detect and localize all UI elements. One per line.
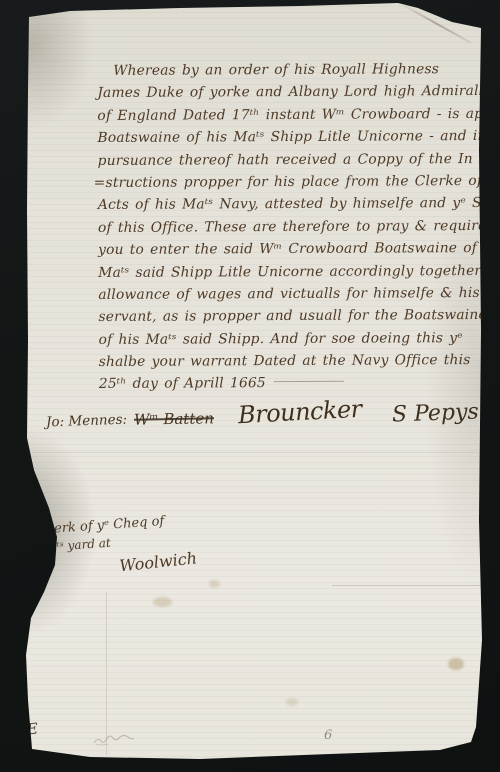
signature-s-pepys: S Pepys bbox=[392, 399, 480, 427]
address-block: the Clerk of yᵉ Cheq of his Maᵗˢ yard at… bbox=[14, 512, 197, 581]
body-line: shalbe your warrant Dated at the Navy Of… bbox=[99, 349, 475, 373]
signature-jo-mennes: Jo: Mennes: bbox=[46, 412, 128, 431]
body-line: allowance of wages and victualls for him… bbox=[98, 282, 474, 306]
body-line: of this Office. These are therefore to p… bbox=[98, 215, 474, 239]
warrant-body: Whereas by an order of his Royall Highne… bbox=[97, 58, 475, 396]
body-line: Whereas by an order of his Royall Highne… bbox=[97, 58, 473, 82]
stain-spot bbox=[209, 580, 220, 588]
body-line: servant, as is propper and usuall for th… bbox=[98, 304, 474, 328]
pencil-mark-6: 6 bbox=[324, 728, 332, 743]
fold-crease-top-right bbox=[401, 3, 472, 44]
body-line: Boatswaine of his Maᵗˢ Shipp Litle Unico… bbox=[97, 125, 473, 149]
stain-spot bbox=[286, 698, 298, 706]
body-line: 25ᵗʰ day of Aprill 1665 bbox=[99, 371, 475, 395]
signature-wm-batten-struck: Wᵐ Batten bbox=[134, 409, 214, 428]
body-line: =structions propper for his place from t… bbox=[94, 170, 474, 194]
fold-crease-horizontal bbox=[332, 585, 482, 586]
signature-brouncker: Brouncker bbox=[237, 395, 362, 429]
body-line: Maᵗˢ said Shipp Litle Unicorne according… bbox=[98, 260, 474, 284]
body-line: of England Dated 17ᵗʰ instant Wᵐ Crowboa… bbox=[97, 103, 473, 127]
body-line: you to enter the said Wᵐ Crowboard Boats… bbox=[98, 237, 474, 261]
body-line: of his Maᵗˢ said Shipp. And for soe doei… bbox=[99, 327, 475, 351]
photograph-background: Whereas by an order of his Royall Highne… bbox=[0, 0, 500, 772]
ink-mark-e: E bbox=[26, 719, 39, 738]
body-line: pursuance thereof hath received a Coppy … bbox=[98, 148, 474, 172]
address-place: Woolwich bbox=[118, 548, 197, 575]
stain-spot bbox=[448, 658, 464, 670]
body-line: Acts of his Maᵗˢ Navy, attested by himse… bbox=[98, 192, 474, 216]
pencil-scribble-mark bbox=[92, 733, 136, 747]
fold-crease-vertical bbox=[106, 592, 107, 755]
stain-spot bbox=[153, 597, 172, 607]
manuscript-paper: Whereas by an order of his Royall Highne… bbox=[0, 0, 500, 772]
fold-crease-middle bbox=[32, 452, 478, 453]
body-line: James Duke of yorke and Albany Lord high… bbox=[97, 80, 473, 104]
